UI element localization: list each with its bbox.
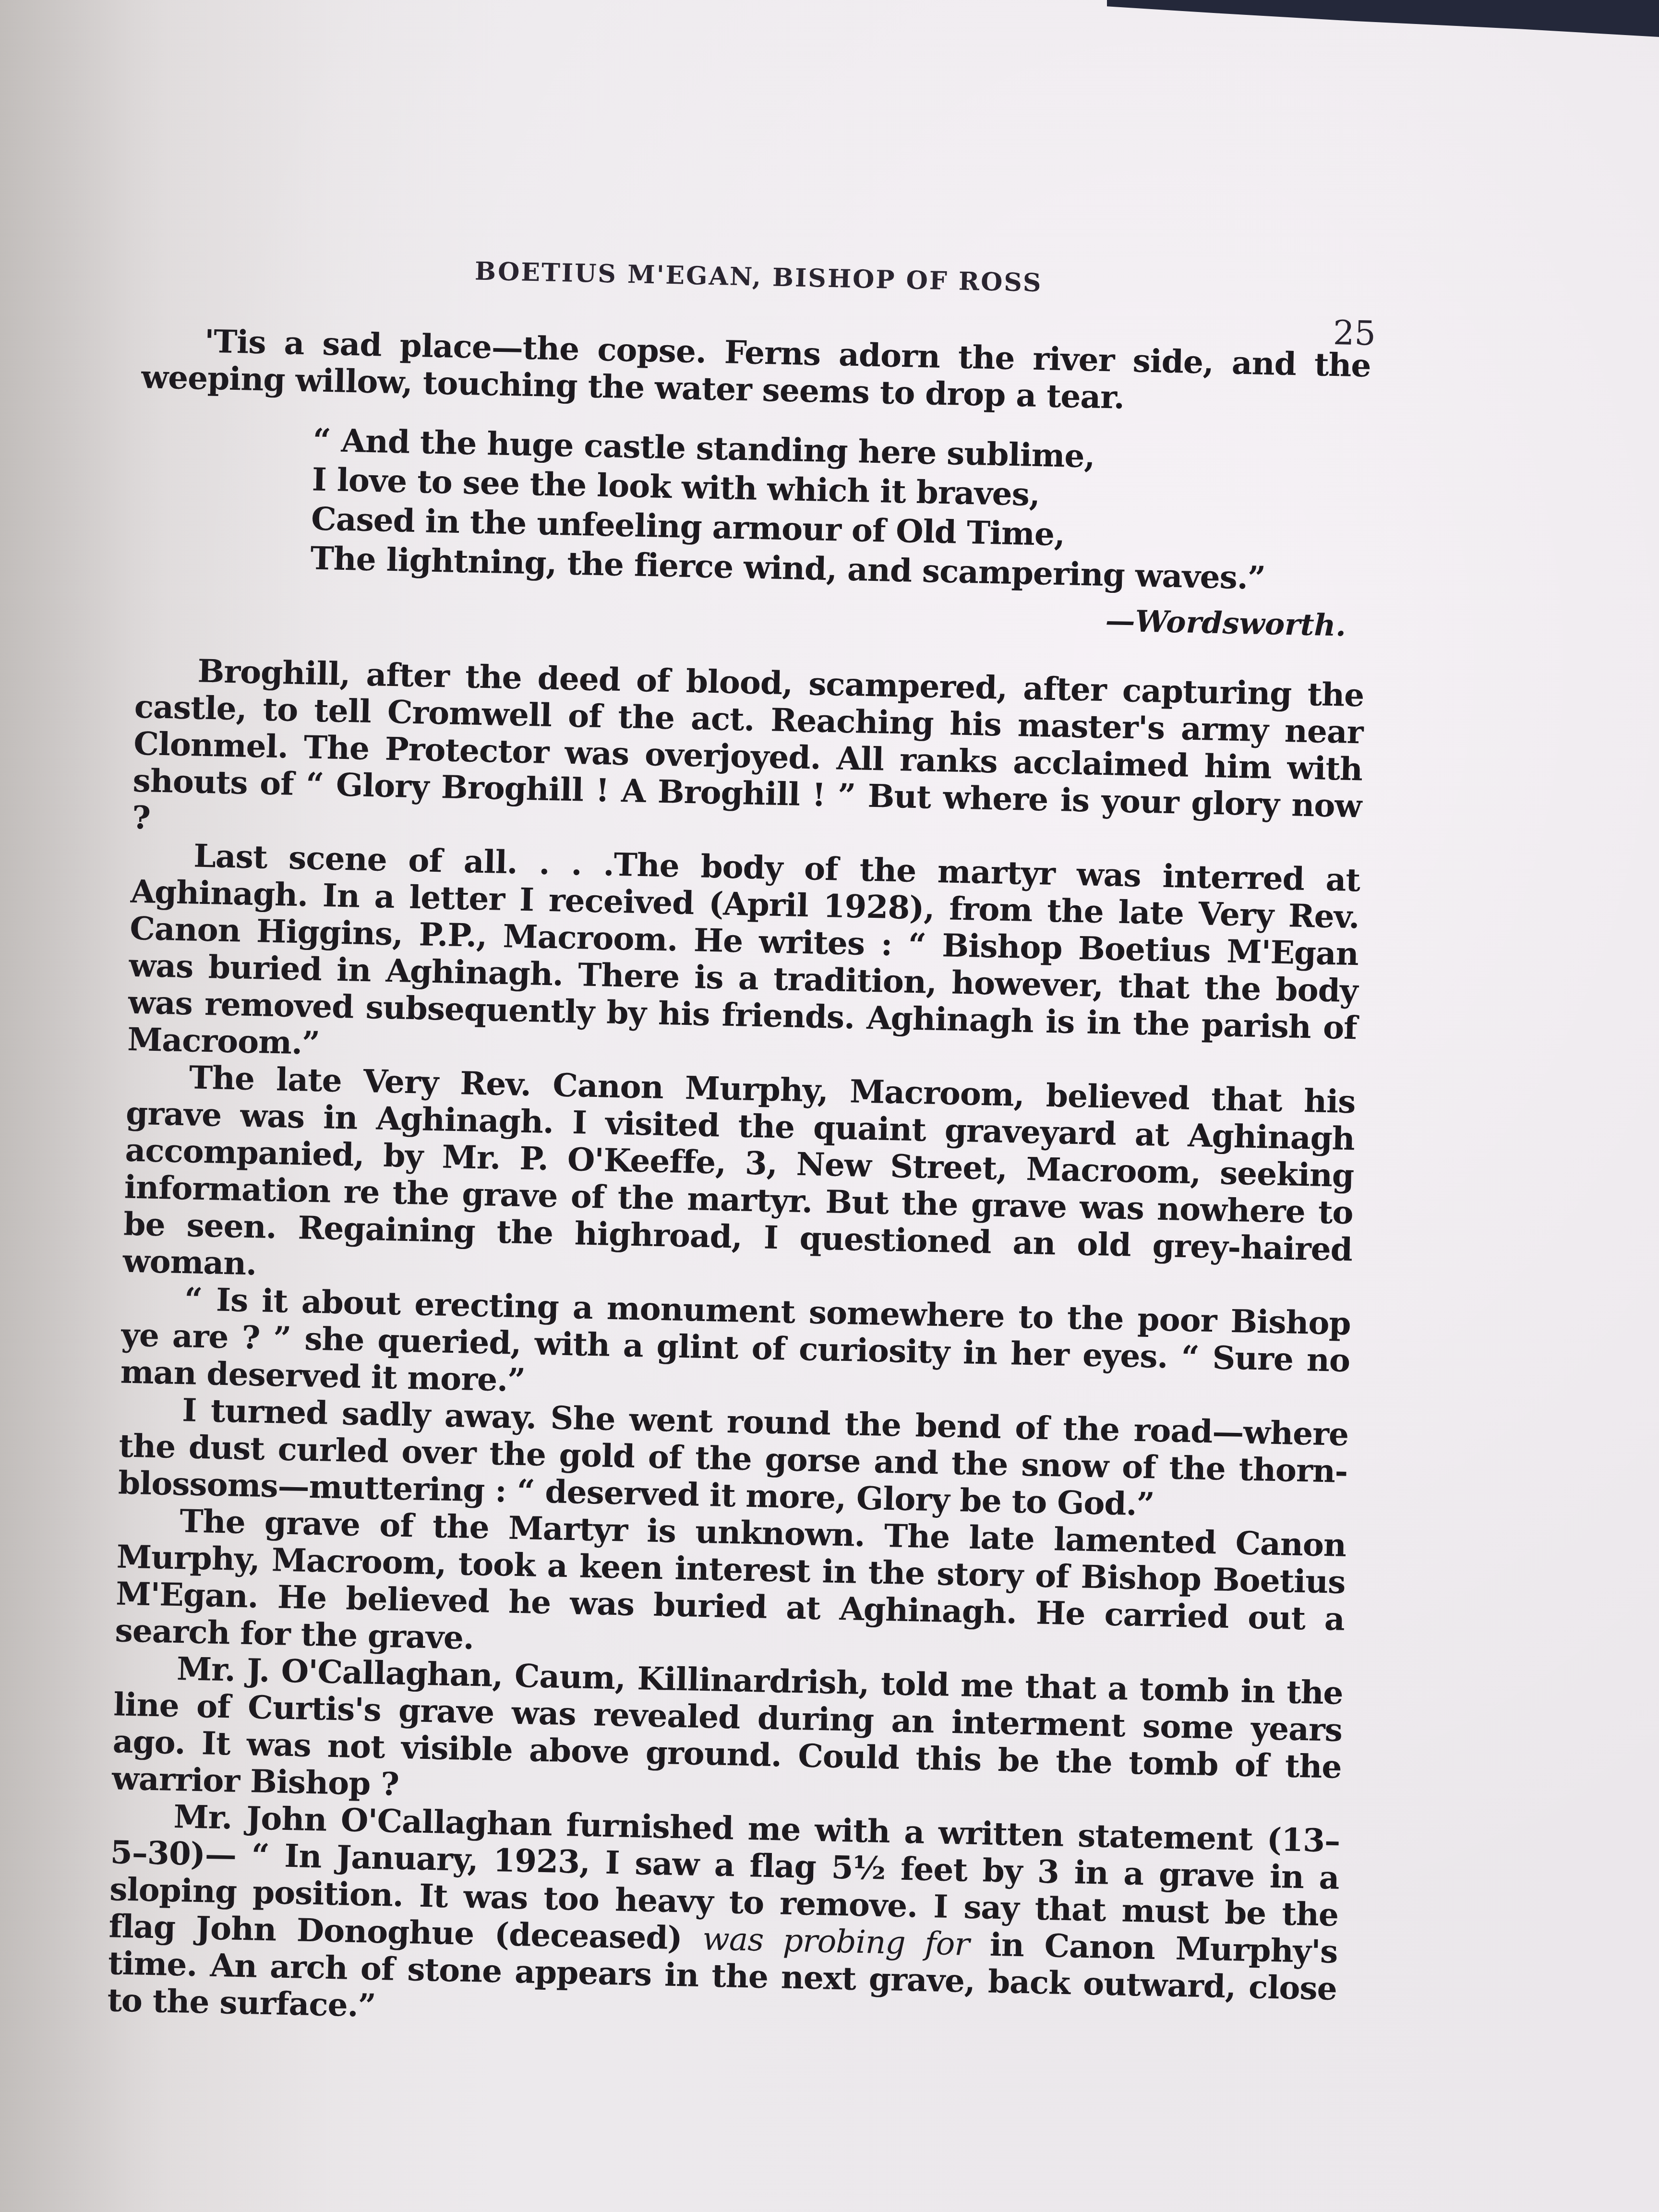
statement-paragraph: Mr. John O'Callaghan furnished me with a… [107,1797,1340,2044]
body-paragraph: The late Very Rev. Canon Murphy, Macroom… [122,1058,1356,1306]
book-page: BOETIUS M'EGAN, BISHOP OF ROSS 25 'Tis a… [0,0,1659,2212]
page-text-block: BOETIUS M'EGAN, BISHOP OF ROSS 25 'Tis a… [107,250,1373,2044]
page-number: 25 [1333,313,1376,353]
statement-quote-italic: was probing for [702,1920,970,1963]
poem-quotation: “ And the huge castle standing here subl… [310,420,1369,600]
body-paragraph: Broghill, after the deed of blood, scamp… [132,651,1364,862]
book-cover-edge [1107,0,1659,53]
body-paragraph: Last scene of all. . . .The body of the … [127,836,1360,1084]
body-paragraph: Mr. J. O'Callaghan, Caum, Killinardrish,… [111,1649,1343,1823]
intro-paragraph: 'Tis a sad place—the copse. Ferns adorn … [141,322,1371,421]
running-title: BOETIUS M'EGAN, BISHOP OF ROSS [475,256,1043,298]
running-head: BOETIUS M'EGAN, BISHOP OF ROSS 25 [143,250,1372,333]
body-paragraph: The grave of the Martyr is unknown. The … [115,1501,1346,1675]
